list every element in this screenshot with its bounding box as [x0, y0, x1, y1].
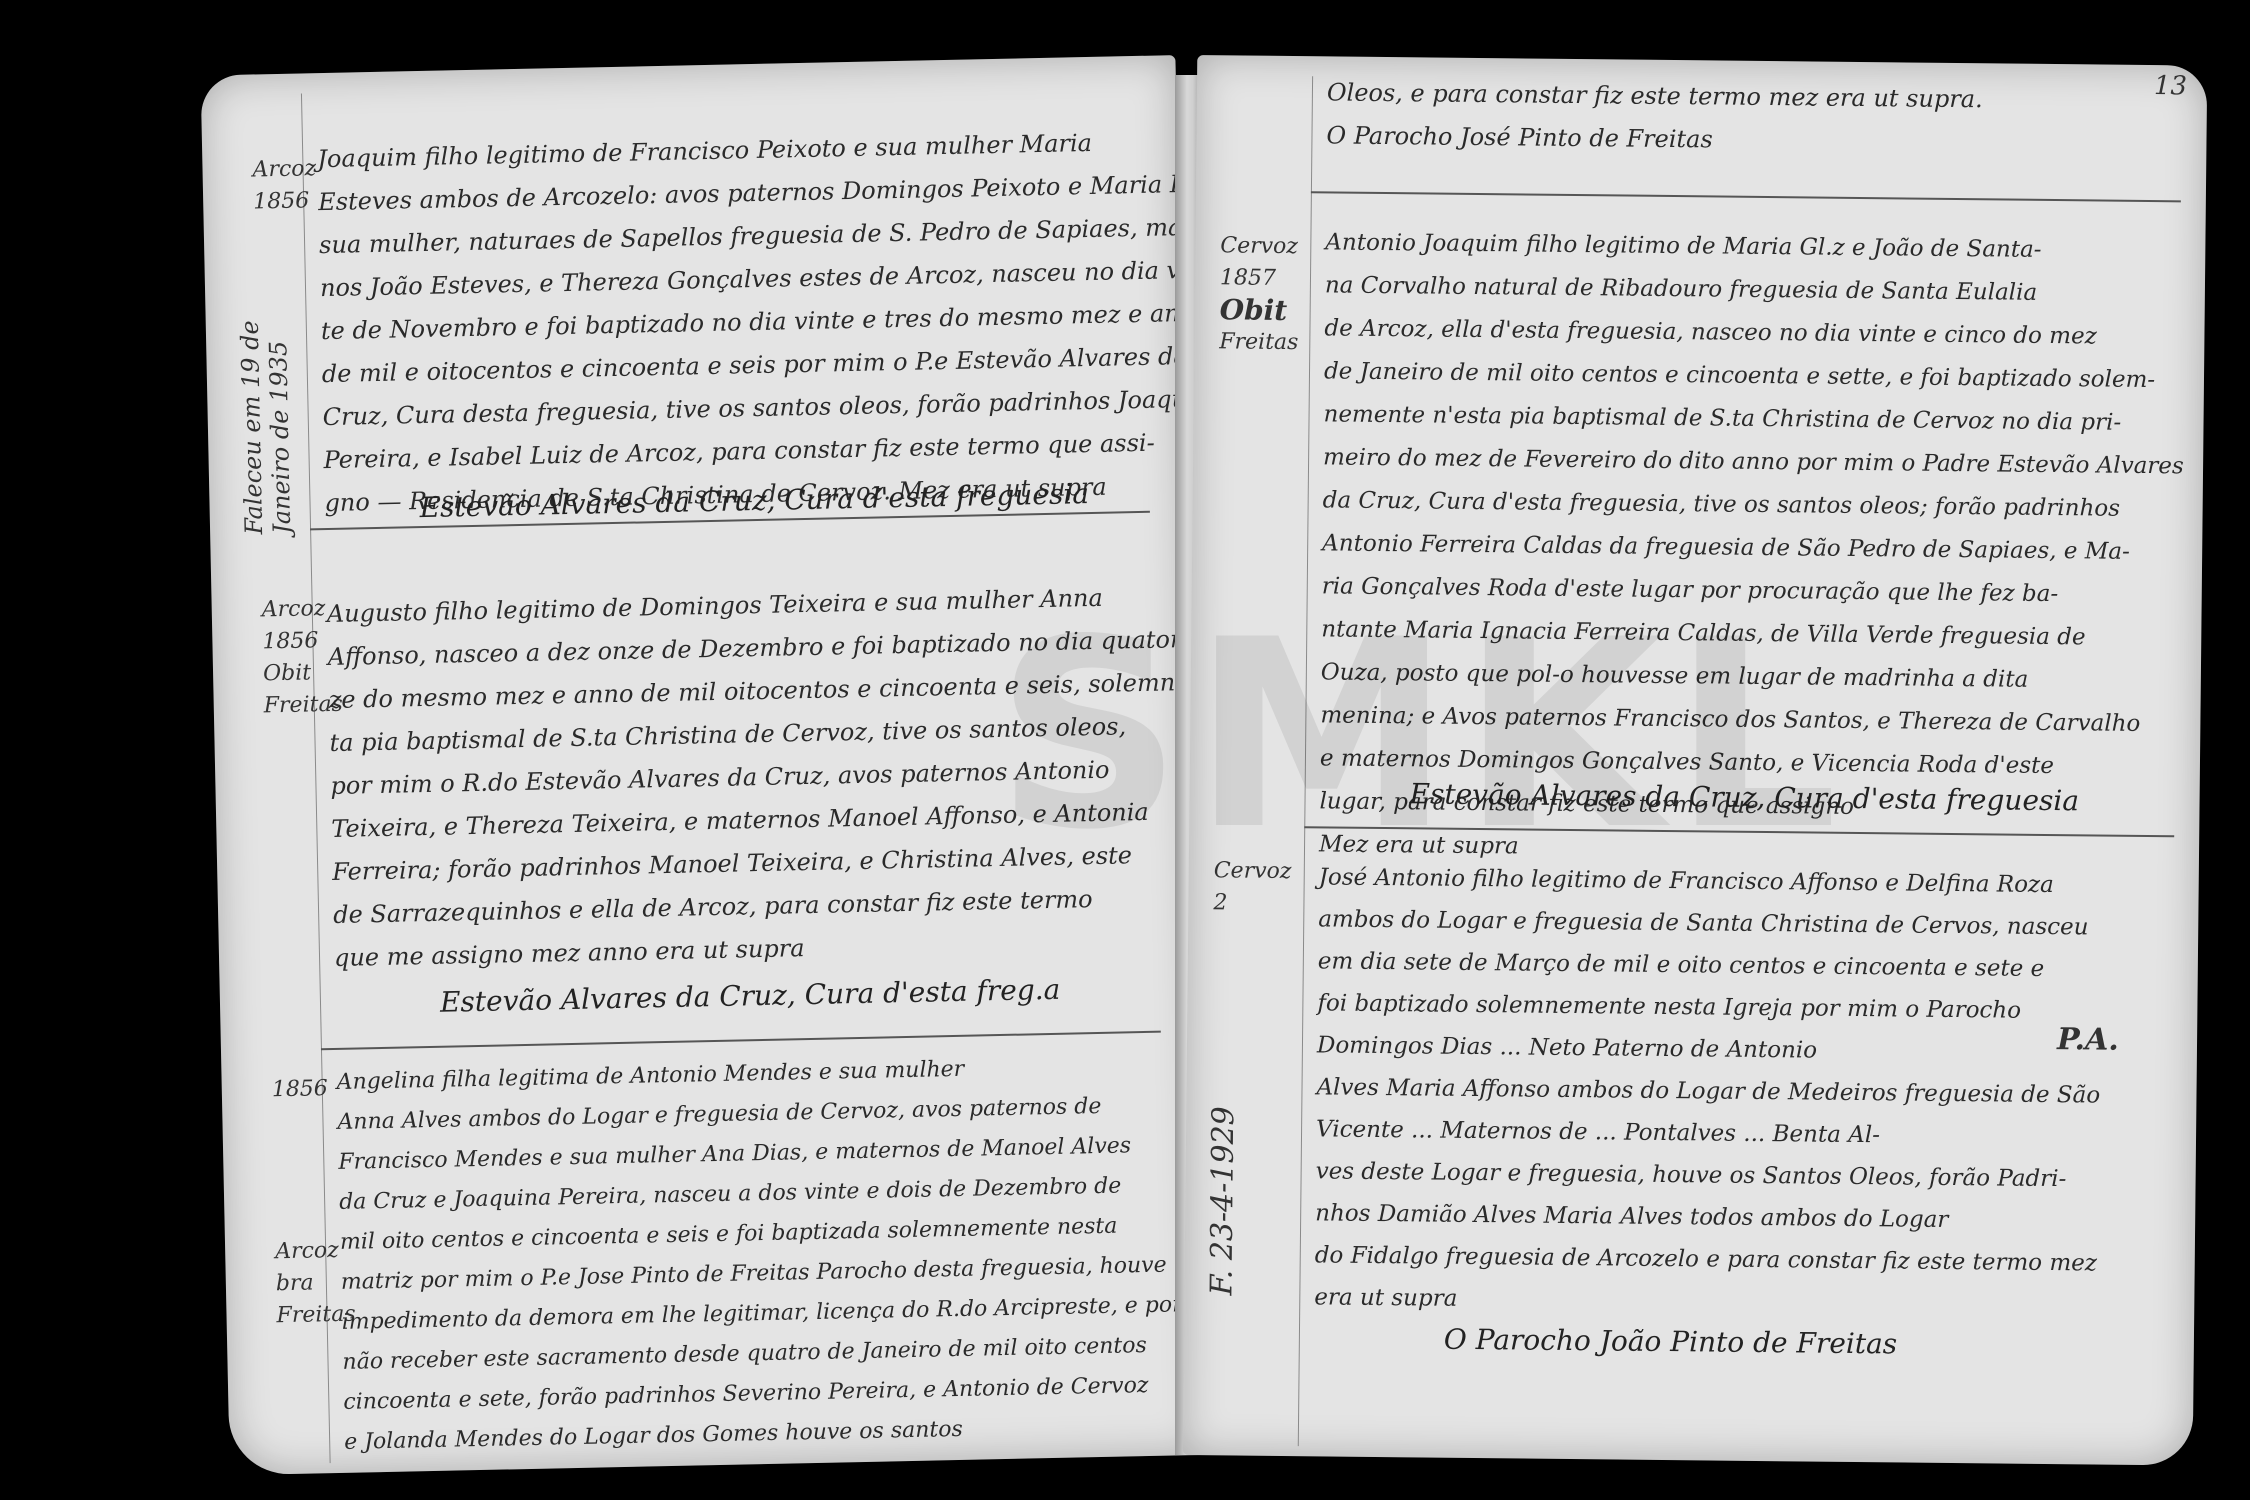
continuation-text: Oleos, e para constar fiz este termo mez…	[1326, 71, 1983, 164]
priest-signature: Estevão Alvares da Cruz, Cura d'esta fre…	[440, 973, 1061, 1019]
margin-number: 2	[1213, 887, 1291, 920]
page-number: 13	[2154, 71, 2187, 101]
margin-obit: Obit	[1219, 294, 1298, 327]
entry-margin: Cervoz 1857 Obit Freitas	[1219, 230, 1299, 359]
death-note-vertical: Faleceu em 19 de Janeiro de 1935	[234, 234, 296, 535]
entry-line: era ut supra	[1314, 1276, 2098, 1326]
entry-margin: Arcoz 1856	[252, 153, 317, 218]
entry-line: Oleos, e para constar fiz este termo mez…	[1327, 71, 1983, 121]
priest-signature: O Parocho João Pinto de Freitas	[1444, 1323, 1898, 1361]
baptism-entry: José Antonio filho legitimo de Francisco…	[1314, 856, 2102, 1326]
stamp-date-vertical: F. 23-4-1929	[1204, 1015, 1242, 1295]
open-register-book: Faleceu em 19 de Janeiro de 1935 Arcoz 1…	[215, 55, 2200, 1455]
margin-name: Freitas	[1219, 326, 1298, 359]
baptism-entry: Angelina filha legitima de Antonio Mende…	[336, 1045, 1185, 1463]
margin-place: Cervoz	[1220, 230, 1299, 263]
margin-year: 1857	[1220, 262, 1299, 295]
margin-place: Arcoz	[252, 153, 316, 186]
entry-divider	[1311, 191, 2181, 202]
baptism-entry: Joaquim filho legitimo de Francisco Peix…	[317, 119, 1248, 525]
entry-line: O Parocho José Pinto de Freitas	[1326, 114, 1982, 164]
margin-year: 1856	[253, 185, 317, 218]
archive-watermark: SMKL	[995, 585, 1848, 887]
